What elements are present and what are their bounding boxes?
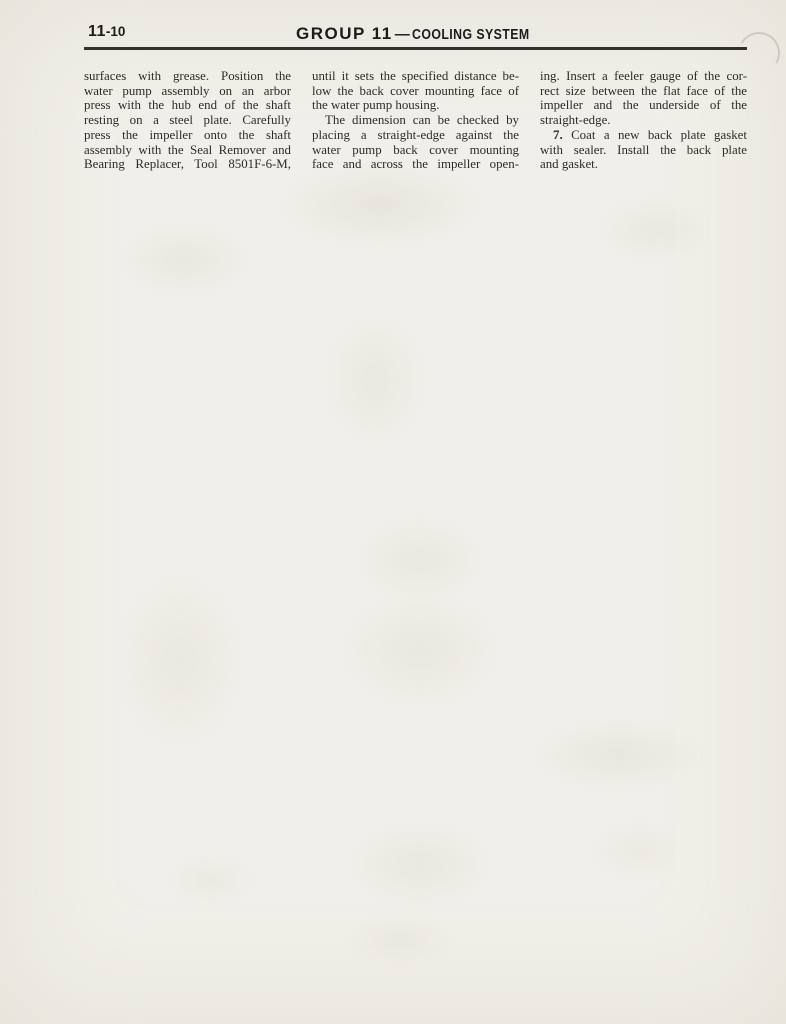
group-title: GROUP 11 (296, 24, 393, 43)
title-separator: — (393, 26, 412, 43)
text-line: surfaces with grease. Position the (84, 69, 291, 84)
text-line: placing a straight-edge against the (312, 128, 519, 143)
text-line: straight-edge. (540, 113, 747, 128)
step-number: 7. (553, 128, 571, 142)
text-line: the water pump housing. (312, 98, 519, 113)
text-line: Bearing Replacer, Tool 8501F-6-M, (84, 157, 291, 172)
text-line: face and across the impeller open- (312, 157, 519, 172)
text-line: The dimension can be checked by (312, 113, 519, 128)
text-column-3: ing. Insert a feeler gauge of the cor-re… (540, 69, 747, 172)
text-line: ing. Insert a feeler gauge of the cor- (540, 69, 747, 84)
text-line: resting on a steel plate. Carefully (84, 113, 291, 128)
text-column-2: until it sets the specified distance be-… (312, 69, 519, 172)
paragraph: ing. Insert a feeler gauge of the cor-re… (540, 69, 747, 128)
paragraph: surfaces with grease. Position thewater … (84, 69, 291, 172)
text-column-1: surfaces with grease. Position thewater … (84, 69, 291, 172)
text-line: assembly with the Seal Remover and (84, 143, 291, 158)
text-line: low the back cover mounting face of (312, 84, 519, 99)
text-line: with sealer. Install the back plate (540, 143, 747, 158)
section-title: COOLING SYSTEM (412, 27, 530, 43)
text-line: press with the hub end of the shaft (84, 98, 291, 113)
text-line: until it sets the specified distance be- (312, 69, 519, 84)
paragraph: until it sets the specified distance be-… (312, 69, 519, 113)
paragraph: The dimension can be checked byplacing a… (312, 113, 519, 172)
paragraph: 7. Coat a new back plate gasketwith seal… (540, 128, 747, 172)
text-line: water pump back cover mounting (312, 143, 519, 158)
text-line: 7. Coat a new back plate gasket (540, 128, 747, 143)
header-rule (84, 47, 747, 50)
page-title: GROUP 11—COOLING SYSTEM (60, 24, 786, 44)
text-line: water pump assembly on an arbor (84, 84, 291, 99)
manual-page: 11-10 GROUP 11—COOLING SYSTEM surfaces w… (0, 0, 786, 1024)
text-columns: surfaces with grease. Position thewater … (84, 69, 747, 172)
text-line: press the impeller onto the shaft (84, 128, 291, 143)
text-line: rect size between the flat face of the (540, 84, 747, 99)
text-line: impeller and the underside of the (540, 98, 747, 113)
text-line: and gasket. (540, 157, 747, 172)
